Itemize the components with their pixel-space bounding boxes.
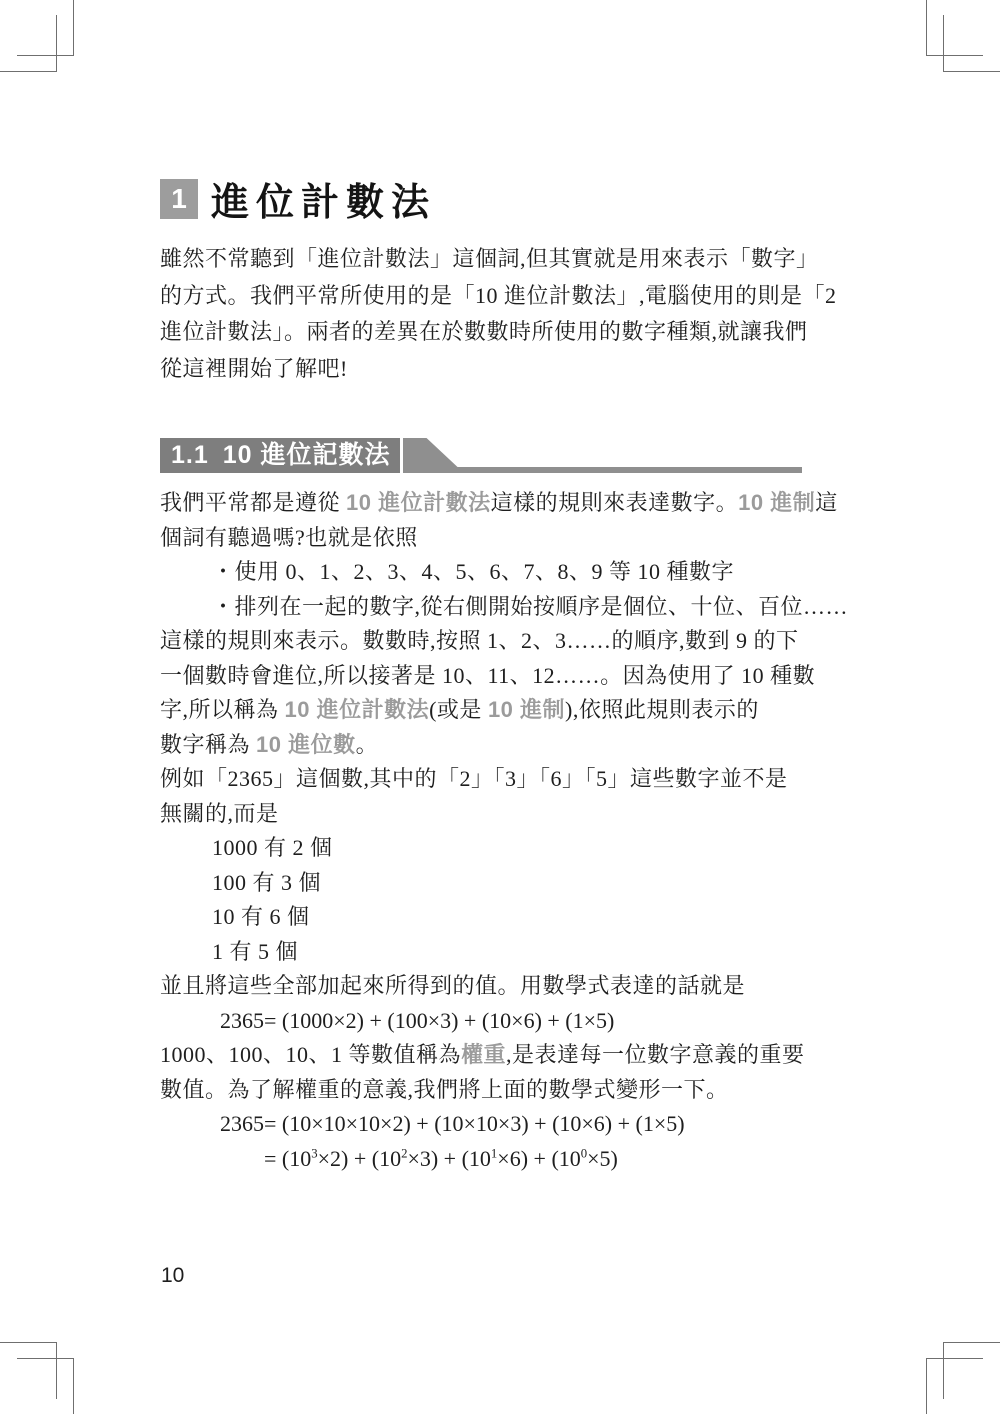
highlight-term: 10 進制 — [488, 697, 565, 722]
text-run: ×6) + (10 — [497, 1146, 580, 1171]
text-run: 1000 有 2 個 100 有 3 個 10 有 6 個 1 有 5 個 — [212, 835, 333, 964]
chapter-title: 進位計數法 — [211, 171, 436, 226]
formula-expansion: 2365= (1000×2) + (100×3) + (10×6) + (1×5… — [160, 1004, 850, 1039]
page-number: 10 — [161, 1264, 184, 1288]
highlight-term: 10 進位計數法 — [285, 697, 430, 722]
text-run: 1000、100、10、1 等數值稱為 — [160, 1042, 461, 1067]
highlight-term: 10 進制 — [738, 490, 815, 515]
section-heading-tail — [403, 438, 802, 473]
book-page: 1 進位計數法 雖然不常聽到「進位計數法」這個詞,但其實就是用來表示「數字」 的… — [0, 0, 1000, 1414]
bullet-list: ・使用 0、1、2、3、4、5、6、7、8、9 等 10 種數字 ・排列在一起的… — [160, 555, 850, 624]
chapter-header: 1 進位計數法 — [160, 171, 436, 226]
formula-power-line2: = (103×2) + (102×3) + (101×6) + (100×5) — [160, 1142, 850, 1177]
para-example-2365: 例如「2365」這個數,其中的「2」「3」「6」「5」這些數字並不是 無關的,而… — [160, 762, 850, 831]
text-run: 雖然不常聽到「進位計數法」這個詞,但其實就是用來表示「數字」 的方式。我們平常所… — [160, 246, 837, 381]
text-run: 例如「2365」這個數,其中的「2」「3」「6」「5」這些數字並不是 無關的,而… — [160, 766, 788, 826]
text-run: ×5) — [587, 1146, 618, 1171]
section-body: 我們平常都是遵從 10 進位計數法這樣的規則來表達數字。10 進制這 個詞有聽過… — [160, 486, 850, 1176]
digit-count-list: 1000 有 2 個 100 有 3 個 10 有 6 個 1 有 5 個 — [160, 831, 850, 969]
intro-paragraph: 雖然不常聽到「進位計數法」這個詞,但其實就是用來表示「數字」 的方式。我們平常所… — [160, 241, 850, 387]
text-run: 2365= (10×10×10×2) + (10×10×3) + (10×6) … — [220, 1111, 685, 1136]
para-weight: 1000、100、10、1 等數值稱為權重,是表達每一位數字意義的重要 數值。為… — [160, 1038, 850, 1107]
chapter-number: 1 — [171, 183, 187, 215]
chapter-number-box: 1 — [160, 179, 198, 219]
highlight-term: 10 進位計數法 — [346, 490, 491, 515]
text-run: (或是 — [429, 697, 488, 722]
highlight-term: 權重 — [461, 1042, 506, 1067]
para-sum: 並且將這些全部加起來所得到的值。用數學式表達的話就是 — [160, 969, 850, 1004]
highlight-term: 10 進位數 — [256, 732, 356, 757]
para-decimal-intro: 我們平常都是遵從 10 進位計數法這樣的規則來表達數字。10 進制這 個詞有聽過… — [160, 486, 850, 555]
section-number: 1.1 — [171, 441, 209, 469]
para-decimal-rules: 這樣的規則來表示。數數時,按照 1、2、3……的順序,數到 9 的下 一個數時會… — [160, 624, 850, 762]
section-heading: 1.110 進位記數法 — [160, 438, 802, 473]
text-run: 這樣的規則來表達數字。 — [491, 490, 739, 515]
text-run: ×2) + (10 — [318, 1146, 401, 1171]
text-run: 。 — [356, 732, 379, 757]
text-run: = (10 — [264, 1146, 311, 1171]
text-run: 2365= (1000×2) + (100×3) + (10×6) + (1×5… — [220, 1008, 614, 1033]
text-run: ・使用 0、1、2、3、4、5、6、7、8、9 等 10 種數字 ・排列在一起的… — [212, 559, 848, 619]
text-run: ×3) + (10 — [407, 1146, 490, 1171]
section-title: 10 進位記數法 — [223, 441, 391, 469]
section-heading-box: 1.110 進位記數法 — [160, 438, 400, 473]
formula-power-line1: 2365= (10×10×10×2) + (10×10×3) + (10×6) … — [160, 1107, 850, 1142]
text-run: 並且將這些全部加起來所得到的值。用數學式表達的話就是 — [160, 973, 745, 998]
text-run: 我們平常都是遵從 — [160, 490, 346, 515]
